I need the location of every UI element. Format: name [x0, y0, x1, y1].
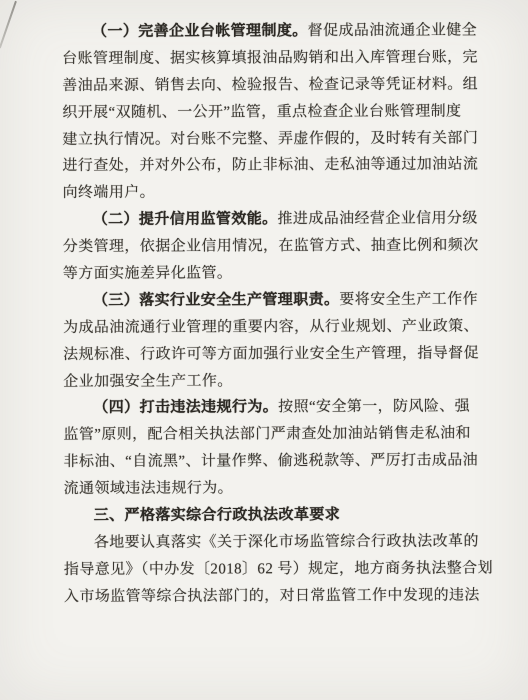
line-regular-text: 非标油、“自流黑”、计量作弊、偷逃税款等、严厉打击成品油 [64, 453, 479, 470]
line-heading-text: （四）打击违法违规行为。 [93, 400, 278, 417]
line-regular-text: 善油品来源、销售去向、检验报告、检查记录等凭证材料。组 [62, 76, 478, 93]
text-line-3: 善油品来源、销售去向、检验报告、检查记录等凭证材料。组 [62, 71, 482, 99]
text-line-7: 向终端用户。 [63, 179, 483, 207]
text-line-10: 等方面实施差异化监管。 [63, 260, 483, 288]
line-regular-text: 为成品油流通行业管理的重要内容，从行业规划、产业政策、 [63, 318, 479, 335]
line-regular-text: 等方面实施差异化监管。 [63, 265, 232, 282]
text-line-13: 法规标准、行政许可等方面加强行业安全生产管理，指导督促 [63, 340, 483, 368]
line-regular-text: 各地要认真落实《关于深化市场监管综合行政执法改革的 [94, 533, 479, 550]
text-line-11: （三）落实行业安全生产管理职责。要将安全生产工作作 [63, 286, 483, 314]
text-line-5: 建立执行情况。对台账不完整、弄虚作假的，及时转有关部门 [62, 125, 482, 153]
line-regular-text: 织开展“双随机、一公开”监管，重点检查企业台账管理制度 [62, 103, 461, 120]
text-line-12: 为成品油流通行业管理的重要内容，从行业规划、产业政策、 [63, 313, 483, 341]
line-regular-text: 推进成品油经营企业信用分级 [277, 211, 477, 228]
line-heading-text: （一）完善企业台帐管理制度。 [92, 23, 308, 40]
line-regular-text: 流通领域违法违规行为。 [64, 481, 233, 498]
text-line-14: 企业加强安全生产工作。 [63, 367, 483, 395]
line-heading-text: （二）提升信用监管效能。 [93, 211, 278, 228]
text-line-4: 织开展“双随机、一公开”监管，重点检查企业台账管理制度 [62, 98, 482, 126]
text-line-9: 分类管理，依据企业信用情况，在监管方式、抽查比例和频次 [63, 233, 483, 261]
line-heading-text: （三）落实行业安全生产管理职责。 [93, 292, 339, 309]
line-regular-text: 法规标准、行政许可等方面加强行业安全生产管理，指导督促 [63, 345, 479, 362]
text-line-17: 非标油、“自流黑”、计量作弊、偷逃税款等、严厉打击成品油 [64, 448, 484, 476]
text-line-19: 三、严格落实综合行政执法改革要求 [64, 502, 484, 530]
line-regular-text: 入市场监管等综合执法部门的，对日常监管工作中发现的违法 [64, 587, 480, 604]
text-line-2: 台账管理制度、据实核算填报油品购销和出入库管理台账，完 [62, 44, 482, 72]
line-regular-text: 监管”原则，配合相关执法部门严肃查处加油站销售走私油和 [63, 426, 471, 443]
text-line-8: （二）提升信用监管效能。推进成品油经营企业信用分级 [63, 206, 483, 234]
line-regular-text: 指导意见》（中办发〔2018〕62 号）规定，地方商务执法整合划 [64, 560, 493, 577]
document-body: （一）完善企业台帐管理制度。督促成品油流通企业健全 台账管理制度、据实核算填报油… [62, 18, 484, 611]
line-heading-text: 三、严格落实综合行政执法改革要求 [94, 507, 340, 524]
line-regular-text: 台账管理制度、据实核算填报油品购销和出入库管理台账，完 [62, 49, 478, 66]
line-regular-text: 企业加强安全生产工作。 [63, 373, 232, 390]
text-line-6: 进行查处，并对外公布，防止非标油、走私油等通过加油站流 [62, 152, 482, 180]
text-line-1: （一）完善企业台帐管理制度。督促成品油流通企业健全 [62, 18, 482, 46]
text-line-15: （四）打击违法违规行为。按照“安全第一，防风险、强 [63, 394, 483, 422]
text-line-22: 入市场监管等综合执法部门的，对日常监管工作中发现的违法 [64, 582, 484, 610]
text-line-18: 流通领域违法违规行为。 [64, 475, 484, 503]
line-regular-text: 向终端用户。 [63, 185, 155, 201]
line-regular-text: 分类管理，依据企业信用情况，在监管方式、抽查比例和频次 [63, 238, 479, 255]
line-regular-text: 建立执行情况。对台账不完整、弄虚作假的，及时转有关部门 [62, 130, 478, 147]
line-regular-text: 进行查处，并对外公布，防止非标油、走私油等通过加油站流 [62, 157, 478, 174]
line-regular-text: 按照“安全第一，防风险、强 [278, 399, 470, 416]
text-line-16: 监管”原则，配合相关执法部门严肃查处加油站销售走私油和 [63, 421, 483, 449]
line-regular-text: 督促成品油流通企业健全 [308, 23, 477, 40]
scanned-document-page: （一）完善企业台帐管理制度。督促成品油流通企业健全 台账管理制度、据实核算填报油… [0, 0, 528, 700]
line-regular-text: 要将安全生产工作作 [339, 291, 478, 307]
scan-crease-mark [0, 1, 17, 49]
text-line-21: 指导意见》（中办发〔2018〕62 号）规定，地方商务执法整合划 [64, 555, 484, 583]
text-line-20: 各地要认真落实《关于深化市场监管综合行政执法改革的 [64, 528, 484, 556]
